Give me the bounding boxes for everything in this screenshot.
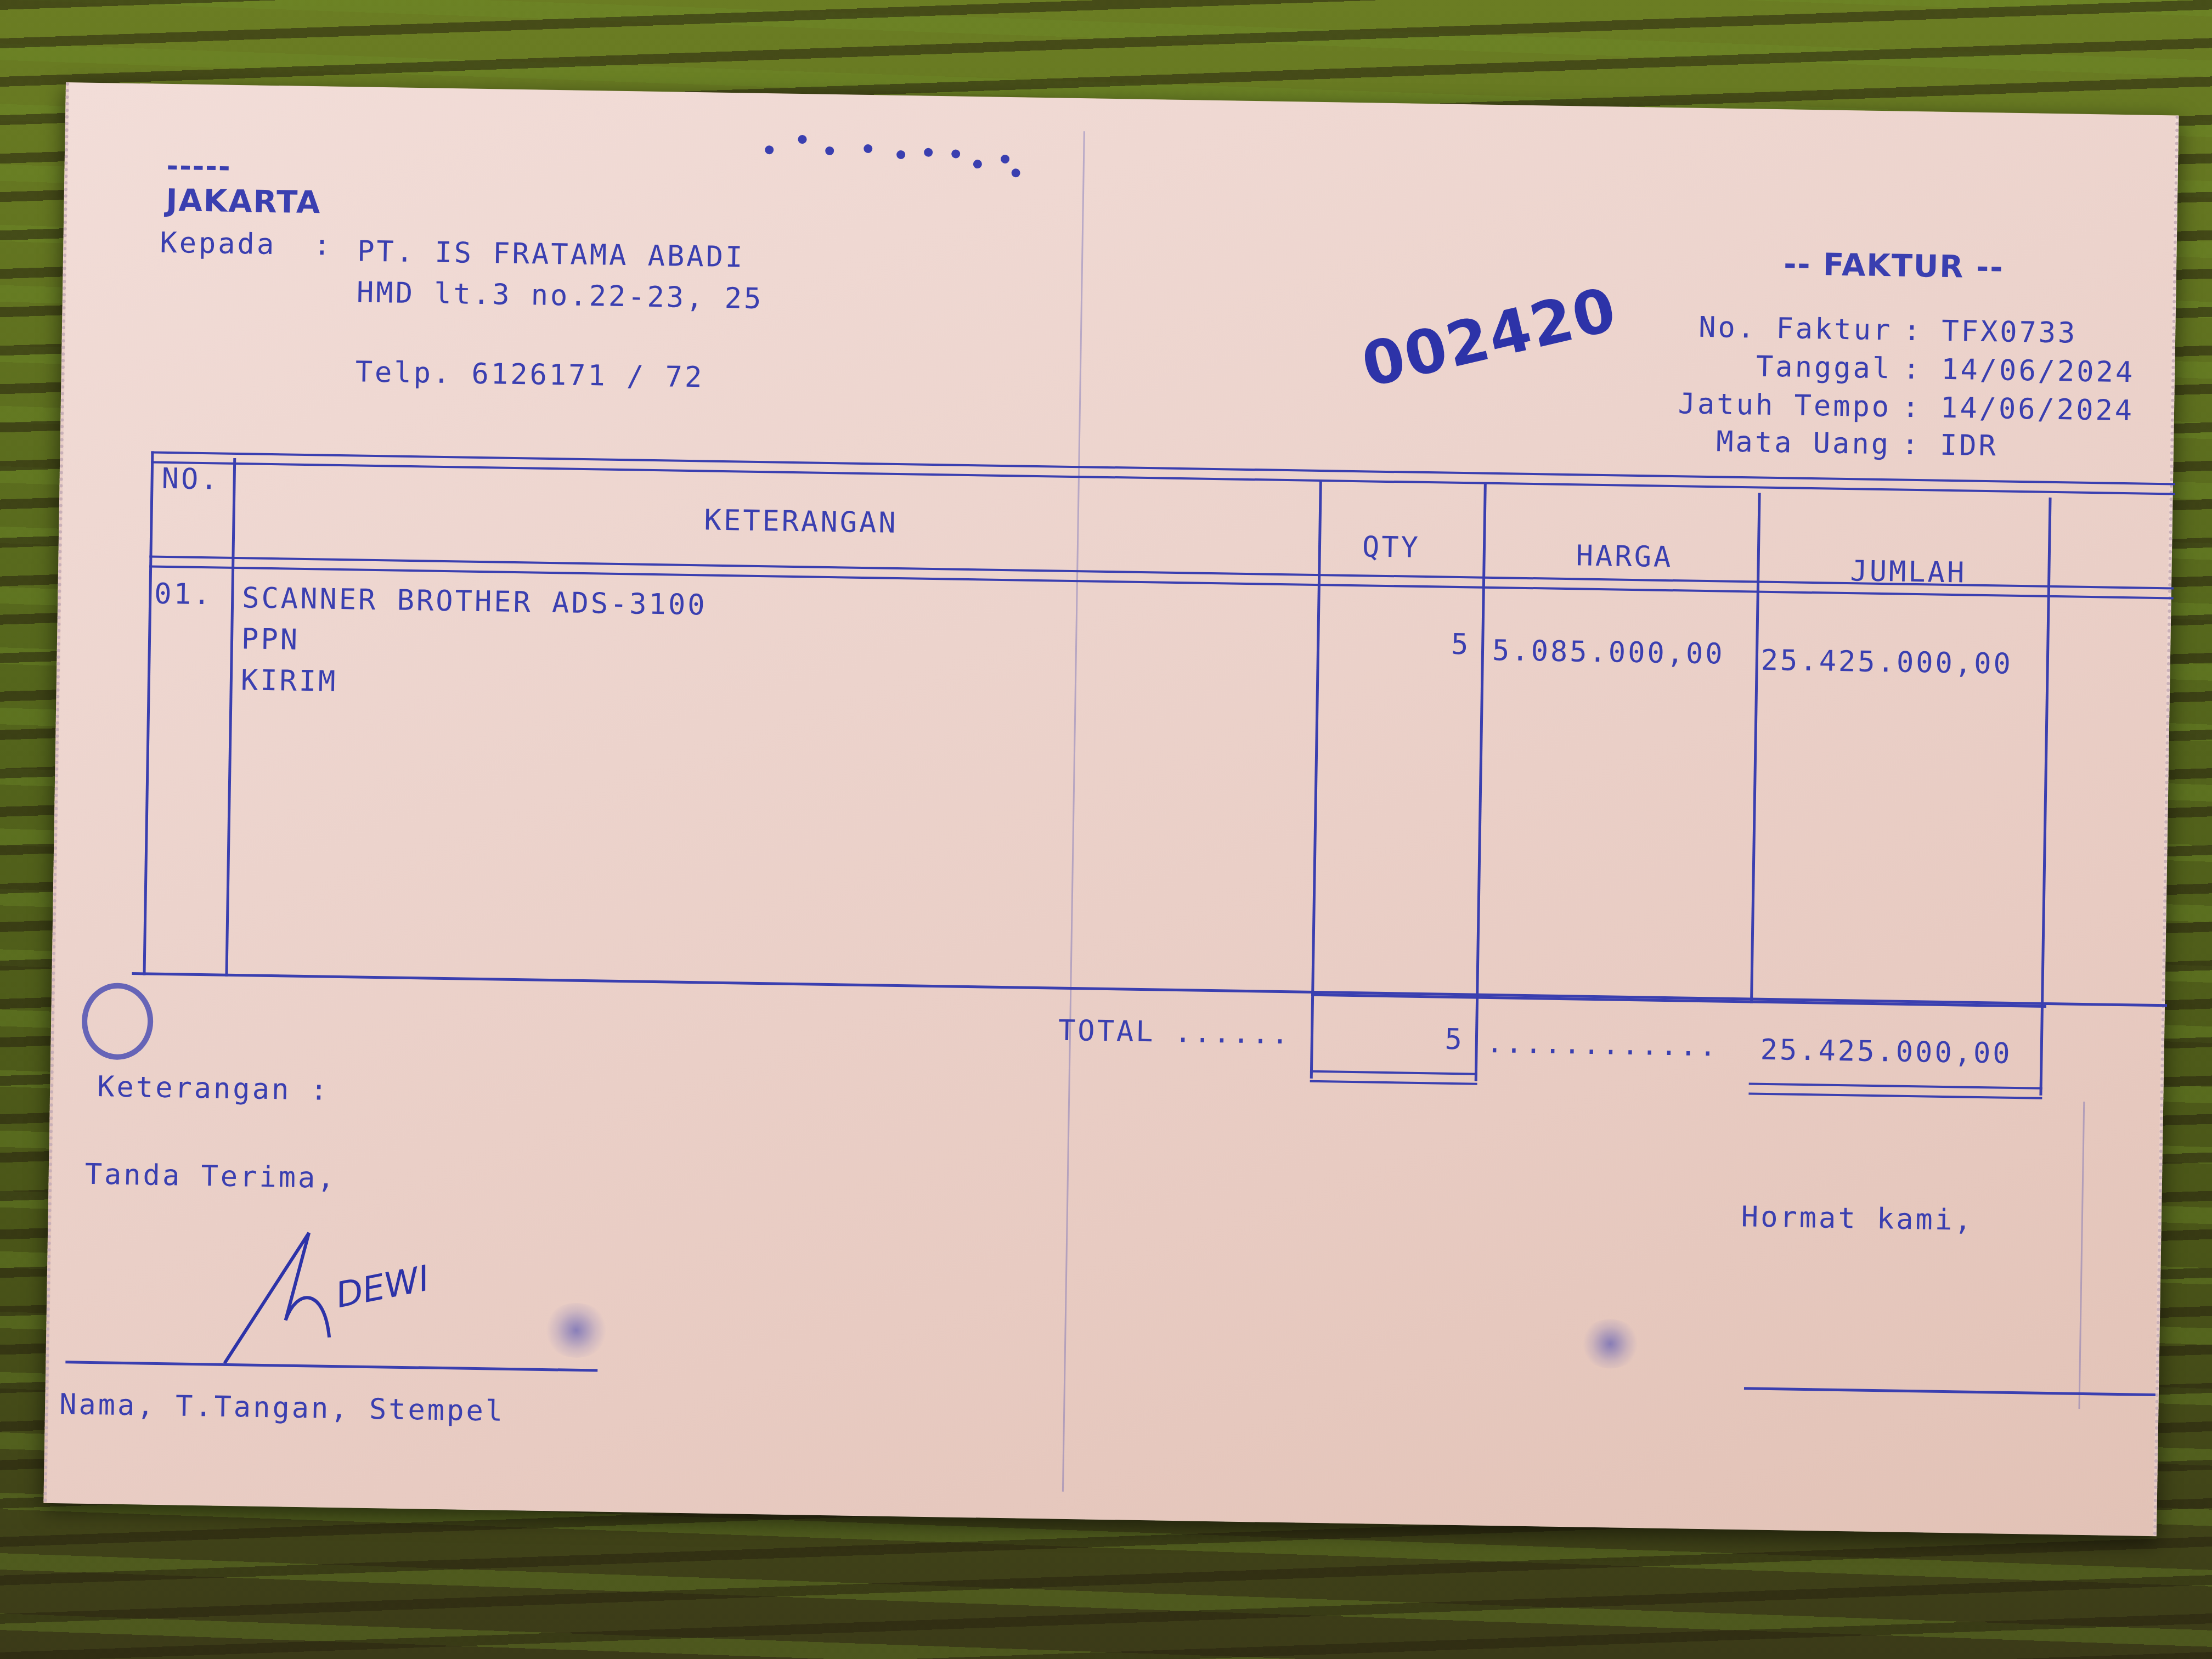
col-divider-no [225, 458, 236, 977]
table-row: 01. SCANNER BROTHER ADS-3100 PPN KIRIM 5… [69, 82, 2176, 115]
invoice-date-value: 14/06/2024 [1941, 353, 2135, 390]
currency-separator: : [1901, 428, 1921, 462]
invoice-number-value: TFX0733 [1942, 315, 2078, 350]
city-overline: ----- [166, 150, 232, 184]
currency-value: IDR [1940, 429, 1999, 463]
row-description-line-1: SCANNER BROTHER ADS-3100 [242, 582, 707, 622]
fold-line [1062, 131, 1085, 1492]
header-no: NO. [161, 462, 220, 496]
printer-dots [69, 82, 2176, 115]
signature-caption: Nama, T.Tangan, Stempel [59, 1388, 505, 1428]
closing-signature-line [1744, 1387, 2155, 1396]
total-label: TOTAL ...... [1058, 1014, 1291, 1051]
total-price-filler: ............ [1486, 1026, 1719, 1063]
invoice-number-label: No. Faktur [1585, 309, 1893, 347]
header-qty: QTY [1362, 531, 1421, 565]
table-left-border [143, 452, 154, 975]
right-margin-line [2078, 1102, 2085, 1409]
due-date-separator: : [1902, 391, 1922, 425]
header-description: KETERANGAN [704, 504, 898, 540]
serial-stamp: 002420 [1356, 274, 1623, 400]
header-price: HARGA [1576, 539, 1673, 574]
row-qty: 5 [1322, 626, 1471, 661]
col-divider-desc [1310, 481, 1322, 1079]
total-row: TOTAL ...... 5 ............ 25.425.000,0… [69, 82, 2176, 115]
city-name: JAKARTA [166, 183, 321, 221]
recipient-address: HMD lt.3 no.22-23, 25 [357, 276, 764, 315]
due-date-label: Jatuh Tempo [1584, 386, 1892, 424]
document-title: -- FAKTUR -- [1784, 246, 2004, 285]
col-divider-qty [1475, 483, 1487, 1081]
invoice-number-separator: : [1903, 314, 1923, 348]
invoice-date-separator: : [1903, 353, 1922, 386]
header-amount: JUMLAH [1850, 555, 1967, 589]
receipt-label: Tanda Terima, [84, 1158, 337, 1195]
row-amount: 25.425.000,00 [1760, 644, 2013, 681]
invoice-date-label: Tanggal [1584, 348, 1892, 386]
total-amount-bottom-border [1748, 1082, 2042, 1099]
total-qty-bottom-border [1310, 1070, 1477, 1085]
row-description-line-2: PPN [241, 623, 300, 657]
currency-label: Mata Uang [1583, 424, 1891, 461]
line-items-table: NO. KETERANGAN QTY HARGA JUMLAH 01. SCAN… [69, 82, 2176, 115]
due-date-value: 14/06/2024 [1940, 392, 2135, 428]
row-no: 01. [154, 578, 213, 612]
row-description-line-3: KIRIM [240, 664, 337, 698]
recipient-phone: Telp. 6126171 / 72 [355, 356, 704, 394]
recipient-name: PT. IS FRATAMA ABADI [357, 235, 745, 274]
recipient-label: Kepada [160, 227, 276, 261]
notes-label: Keterangan : [97, 1070, 330, 1107]
recipient-separator: : [313, 229, 333, 262]
row-price: 5.085.000,00 [1492, 634, 1725, 671]
ink-smudge [1580, 1319, 1641, 1369]
col-divider-price [1750, 493, 1761, 1003]
total-amount: 25.425.000,00 [1760, 1034, 2012, 1070]
closing-label: Hormat kami, [1741, 1200, 1974, 1237]
invoice-info: No. Faktur : TFX0733 Tanggal : 14/06/202… [69, 82, 2176, 115]
invoice-paper: ----- JAKARTA Kepada : PT. IS FRATAMA AB… [43, 82, 2179, 1536]
punch-hole [81, 983, 154, 1060]
ink-smudge [543, 1302, 610, 1358]
total-qty: 5 [1316, 1021, 1464, 1056]
